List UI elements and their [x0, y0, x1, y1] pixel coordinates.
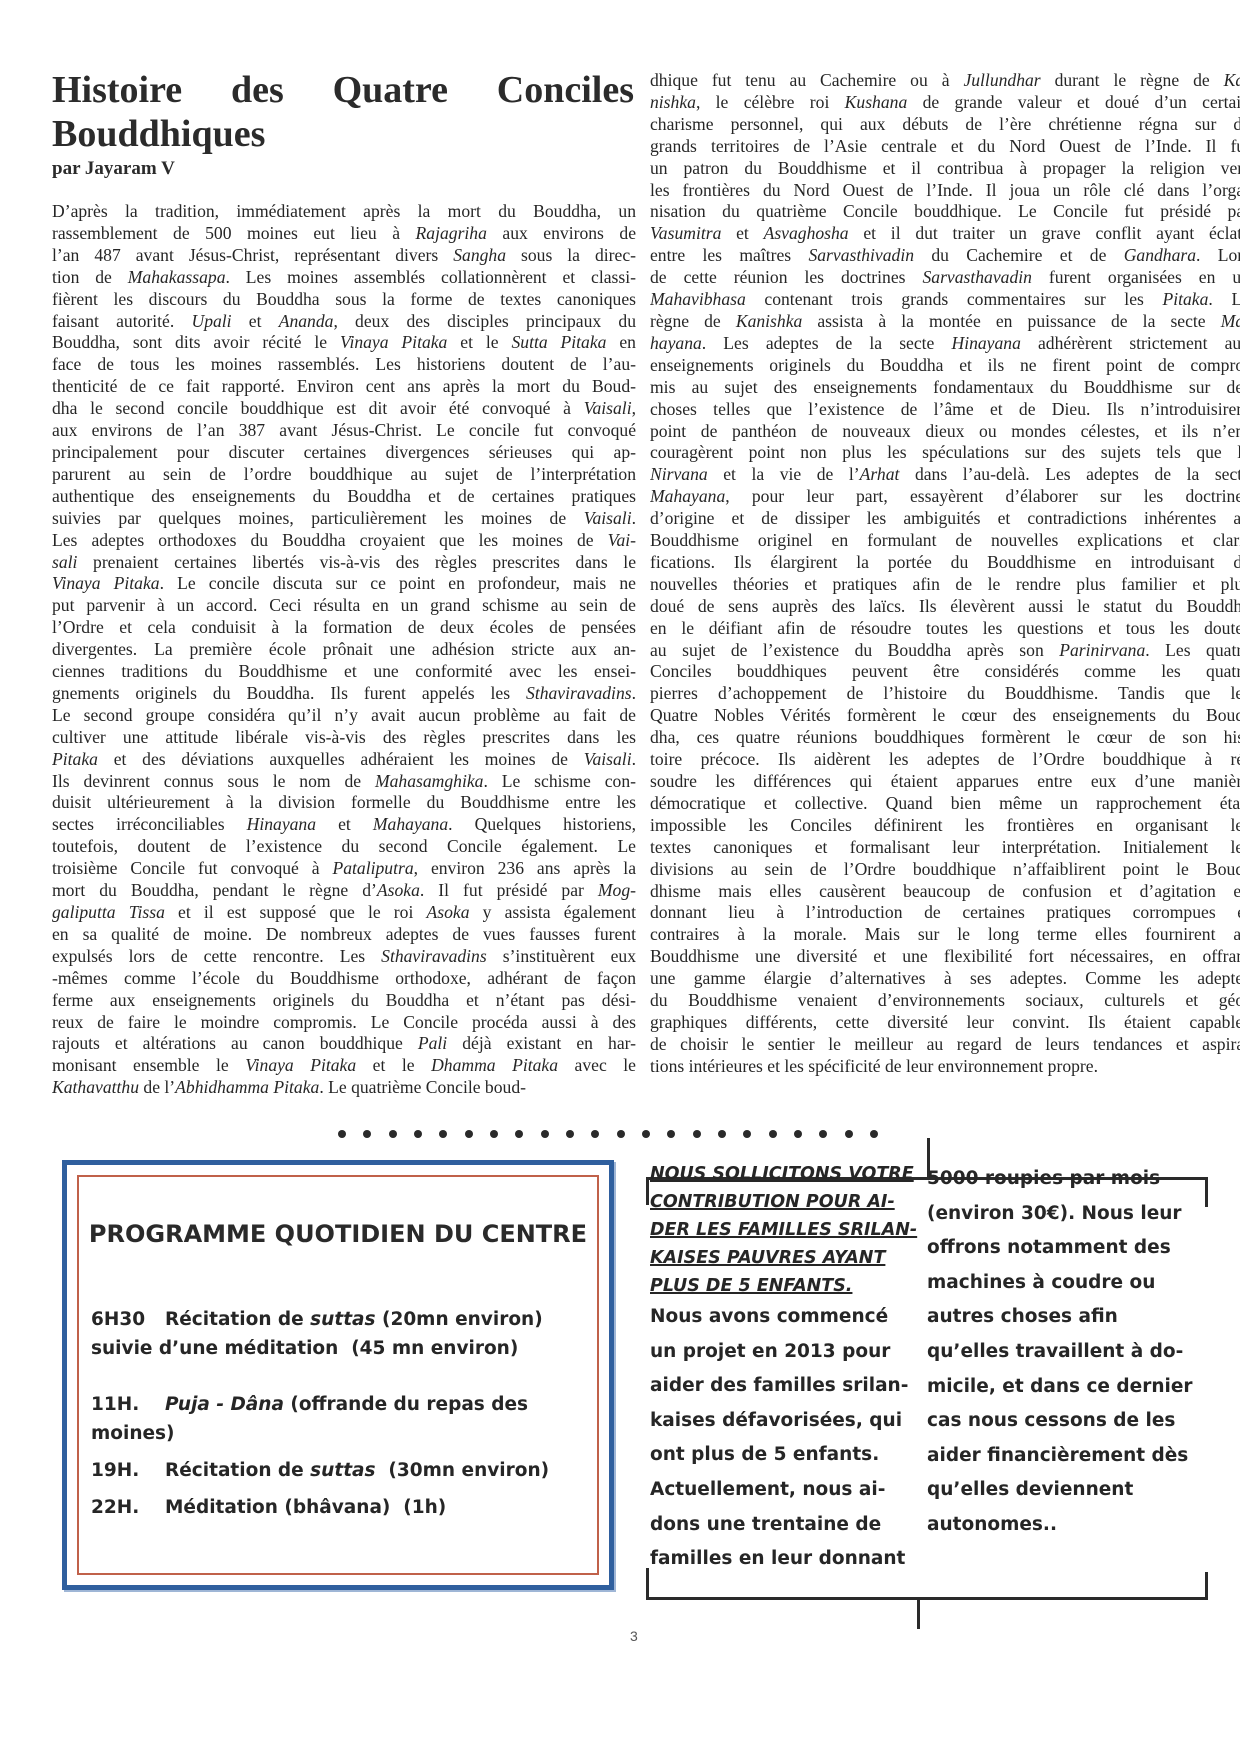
text-line: démocratique et collective. Quand bien m… — [650, 793, 1240, 815]
text-line: faisant autorité. Upali et Ananda, deux … — [52, 311, 636, 333]
text-line: une gamme élargie d’alternatives à ses a… — [650, 968, 1240, 990]
text-line: expulsés lors de cette rencontre. Les St… — [52, 946, 636, 968]
programme-item: 19H.Récitation de suttas (30mn environ) — [91, 1456, 589, 1485]
programme-time: 11H. — [91, 1390, 165, 1419]
appeal-line: autres choses afin — [927, 1300, 1227, 1335]
text-line: toutefois, doutent de l’existence du sec… — [52, 836, 636, 858]
appeal-line: autonomes.. — [927, 1508, 1227, 1543]
text-line: mis au sujet des enseignements fondament… — [650, 377, 1240, 399]
appeal-line: cas nous cessons de les — [927, 1404, 1227, 1439]
article-byline: par Jayaram V — [52, 158, 175, 180]
text-line: règne de Kanishka assista à la montée en… — [650, 311, 1240, 333]
text-line: enseignements originels du Bouddha et il… — [650, 355, 1240, 377]
text-line: rajouts et altérations au canon bouddhiq… — [52, 1033, 636, 1055]
bullet-dot-icon — [439, 1130, 447, 1138]
appeal-right-text: 5000 roupies par mois(environ 30€). Nous… — [927, 1162, 1227, 1543]
text-line: de choisir le sentier le meilleur au reg… — [650, 1034, 1240, 1056]
appeal-line: machines à coudre ou — [927, 1266, 1227, 1301]
text-line: en le déifiant afin de résoudre toutes l… — [650, 618, 1240, 640]
appeal-line: offrons notamment des — [927, 1231, 1227, 1266]
text-line: troisième Concile fut convoqué à Patalip… — [52, 858, 636, 880]
text-line: point de panthéon de nouveaux dieux ou m… — [650, 421, 1240, 443]
text-line: Les adeptes orthodoxes du Bouddha croyai… — [52, 530, 636, 552]
text-line: sectes irréconciliables Hinayana et Maha… — [52, 814, 636, 836]
bullet-dot-icon — [515, 1130, 523, 1138]
bracket-line — [646, 1568, 649, 1600]
text-line: nisation du quatrième Concile bouddhique… — [650, 201, 1240, 223]
bullet-dot-icon — [617, 1130, 625, 1138]
page-number: 3 — [630, 1628, 638, 1644]
text-line: ciennes traditions du Bouddhisme et une … — [52, 661, 636, 683]
bullet-dot-icon — [389, 1130, 397, 1138]
text-line: face de tous les moines rassemblés. Les … — [52, 354, 636, 376]
text-line: monisant ensemble le Vinaya Pitaka et le… — [52, 1055, 636, 1077]
text-line: contraires à la morale. Mais sur le long… — [650, 924, 1240, 946]
programme-time: 22H. — [91, 1493, 165, 1522]
text-line: nishka, le célèbre roi Kushana de grande… — [650, 92, 1240, 114]
text-line: l’Ordre et cela conduisit à la formation… — [52, 617, 636, 639]
text-line: impossible les Conciles définirent les f… — [650, 815, 1240, 837]
article-title: Histoire des Quatre Conciles Bouddhiques — [52, 68, 634, 156]
text-line: dha le second concile bouddhique est dit… — [52, 398, 636, 420]
text-line: entre les maîtres Sarvasthivadin du Cach… — [650, 245, 1240, 267]
text-line: de cette réunion les doctrines Sarvastha… — [650, 267, 1240, 289]
text-line: Mahayana, pour leur part, essayèrent d’é… — [650, 486, 1240, 508]
text-line: dhisme mais elles causèrent beaucoup de … — [650, 881, 1240, 903]
text-line: galiputta Tissa et il est supposé que le… — [52, 902, 636, 924]
text-line: hayana. Les adeptes de la secte Hinayana… — [650, 333, 1240, 355]
bullet-dot-icon — [769, 1130, 777, 1138]
appeal-line: ont plus de 5 enfants. — [650, 1438, 910, 1473]
text-line: toire précoce. Ils aidèrent les adeptes … — [650, 749, 1240, 771]
text-line: en sa qualité de moine. De nombreux adep… — [52, 924, 636, 946]
programme-title: PROGRAMME QUOTIDIEN DU CENTRE — [79, 1215, 597, 1253]
text-line: sali prenaient certaines libertés vis-à-… — [52, 552, 636, 574]
text-line: choses telles que l’existence de l’âme e… — [650, 399, 1240, 421]
appeal-line: qu’elles travaillent à do- — [927, 1335, 1227, 1370]
appeal-line: dons une trentaine de — [650, 1508, 910, 1543]
text-line: l’an 487 avant Jésus-Christ, représentan… — [52, 245, 636, 267]
programme-activity: Récitation de suttas (30mn environ) — [165, 1460, 549, 1481]
appeal-line: micile, et dans ce dernier — [927, 1370, 1227, 1405]
text-line: thenticité de ce fait rapporté. Environ … — [52, 376, 636, 398]
appeal-line: Nous avons commencé — [650, 1300, 910, 1335]
bullet-dot-icon — [667, 1130, 675, 1138]
bullet-dot-icon — [819, 1130, 827, 1138]
text-line: -mêmes comme l’école du Bouddhisme ortho… — [52, 968, 636, 990]
text-line: Ils devinrent connus sous le nom de Maha… — [52, 771, 636, 793]
programme-activity: Méditation (bhâvana) (1h) — [165, 1497, 446, 1518]
appeal-line: kaises défavorisées, qui — [650, 1404, 910, 1439]
bracket-line — [1205, 1572, 1208, 1600]
text-line: Bouddhisme originel en formulant de nouv… — [650, 530, 1240, 552]
text-line: Nirvana et la vie de l’Arhat dans l’au-d… — [650, 464, 1240, 486]
appeal-line: Actuellement, nous ai- — [650, 1473, 910, 1508]
text-line: les frontières du Nord Ouest de l’Inde. … — [650, 180, 1240, 202]
text-line: Kathavatthu de l’Abhidhamma Pitaka. Le q… — [52, 1077, 636, 1099]
appeal-line: familles en leur donnant — [650, 1542, 910, 1577]
text-line: tions intérieures et les spécificité de … — [650, 1056, 1240, 1078]
appeal-line: aider financièrement dès — [927, 1439, 1227, 1474]
bullet-dot-icon — [363, 1130, 371, 1138]
text-line: cultiver une attitude libérale vis-à-vis… — [52, 727, 636, 749]
programme-list: 6H30Récitation de suttas (20mn environ) … — [91, 1305, 589, 1530]
text-line: suivies par quelques moines, particulièr… — [52, 508, 636, 530]
article-title-line1: Histoire des Quatre Conciles — [52, 68, 634, 112]
appeal-line: 5000 roupies par mois — [927, 1162, 1227, 1197]
programme-item: 11H.Puja - Dâna (offrande du repas des m… — [91, 1390, 589, 1448]
text-line: charisme personnel, qui aux débuts de l’… — [650, 114, 1240, 136]
bullet-dot-icon — [693, 1130, 701, 1138]
text-line: Bouddha, sont dits avoir récité le Vinay… — [52, 332, 636, 354]
text-line: couragèrent point non plus les spéculati… — [650, 442, 1240, 464]
bullet-dot-icon — [794, 1130, 802, 1138]
appeal-line: aider des familles srilan- — [650, 1369, 910, 1404]
text-line: rassemblement de 500 moines eut lieu à R… — [52, 223, 636, 245]
text-line: Le second groupe considéra qu’il n’y ava… — [52, 705, 636, 727]
text-line: soudre les différences qui étaient appar… — [650, 771, 1240, 793]
text-line: fications. Ils élargirent la portée du B… — [650, 552, 1240, 574]
text-line: aux environs de l’an 387 avant Jésus-Chr… — [52, 420, 636, 442]
text-line: Pitaka et des déviations auxquelles adhé… — [52, 749, 636, 771]
text-line: ferme aux enseignements originels du Bou… — [52, 990, 636, 1012]
text-line: authentique des enseignements du Bouddha… — [52, 486, 636, 508]
appeal-heading-line: NOUS SOLLICITONS VOTRE — [650, 1160, 910, 1188]
programme-inner-frame: PROGRAMME QUOTIDIEN DU CENTRE 6H30Récita… — [77, 1175, 599, 1575]
bracket-line — [917, 1597, 920, 1629]
bracket-line — [646, 1597, 1208, 1600]
article-left-column: D’après la tradition, immédiatement aprè… — [52, 201, 636, 1099]
text-line: dha, ces quatre réunions bouddhiques for… — [650, 727, 1240, 749]
text-line: parurent au sein de l’ordre bouddhique a… — [52, 464, 636, 486]
text-line: du Bouddhisme venaient d’environnements … — [650, 990, 1240, 1012]
bullet-dot-icon — [338, 1130, 346, 1138]
text-line: put parvenir à un accord. Ceci résulta e… — [52, 595, 636, 617]
article-right-column: dhique fut tenu au Cachemire ou à Jullun… — [650, 70, 1240, 1078]
programme-box: PROGRAMME QUOTIDIEN DU CENTRE 6H30Récita… — [62, 1160, 614, 1590]
text-line: fièrent les discours du Bouddha sous la … — [52, 289, 636, 311]
appeal-left-text: Nous avons commencéun projet en 2013 pou… — [650, 1300, 910, 1577]
document-page: Histoire des Quatre Conciles Bouddhiques… — [0, 0, 1240, 1752]
text-line: au sujet de l’existence du Bouddha après… — [650, 640, 1240, 662]
appeal-line: un projet en 2013 pour — [650, 1335, 910, 1370]
bullet-dot-icon — [845, 1130, 853, 1138]
programme-time: 6H30 — [91, 1305, 165, 1334]
article-title-line2: Bouddhiques — [52, 112, 634, 156]
bullet-dot-icon — [591, 1130, 599, 1138]
text-line: textes canoniques et formalisant leur in… — [650, 837, 1240, 859]
text-line: D’après la tradition, immédiatement aprè… — [52, 201, 636, 223]
text-line: Mahavibhasa contenant trois grands comme… — [650, 289, 1240, 311]
dotted-separator — [338, 1127, 878, 1141]
text-line: doué de sens auprès des laïcs. Ils élevè… — [650, 596, 1240, 618]
bullet-dot-icon — [465, 1130, 473, 1138]
bullet-dot-icon — [541, 1130, 549, 1138]
text-line: grands territoires de l’Asie centrale et… — [650, 136, 1240, 158]
text-line: mort du Bouddha, pendant le règne d’Asok… — [52, 880, 636, 902]
appeal-heading-line: KAISES PAUVRES AYANT — [650, 1244, 910, 1272]
text-line: donnant lieu à l’introduction de certain… — [650, 902, 1240, 924]
text-line: d’origine et de dissiper les ambiguités … — [650, 508, 1240, 530]
text-line: dhique fut tenu au Cachemire ou à Jullun… — [650, 70, 1240, 92]
text-line: divergentes. La première école prônait u… — [52, 639, 636, 661]
programme-time: 19H. — [91, 1456, 165, 1485]
bullet-dot-icon — [414, 1130, 422, 1138]
appeal-heading-line: DER LES FAMILLES SRILAN- — [650, 1216, 910, 1244]
bullet-dot-icon — [490, 1130, 498, 1138]
text-line: reux de faire le moindre compromis. Le C… — [52, 1012, 636, 1034]
bullet-dot-icon — [642, 1130, 650, 1138]
appeal-heading-line: PLUS DE 5 ENFANTS. — [650, 1272, 910, 1300]
text-line: Bouddhisme une diversité et une flexibil… — [650, 946, 1240, 968]
programme-item: 6H30Récitation de suttas (20mn environ) … — [91, 1305, 589, 1363]
bullet-dot-icon — [718, 1130, 726, 1138]
text-line: nouvelles théories et pratiques afin de … — [650, 574, 1240, 596]
text-line: tion de Mahakassapa. Les moines assemblé… — [52, 267, 636, 289]
text-line: pierres d’achoppement de l’histoire du B… — [650, 683, 1240, 705]
appeal-heading-line: CONTRIBUTION POUR AI- — [650, 1188, 910, 1216]
text-line: un patron du Bouddhisme et il contribua … — [650, 158, 1240, 180]
text-line: Vinaya Pitaka. Le concile discuta sur ce… — [52, 573, 636, 595]
bullet-dot-icon — [566, 1130, 574, 1138]
text-line: gnements originels du Bouddha. Ils furen… — [52, 683, 636, 705]
text-line: duisit ultérieurement à la division form… — [52, 792, 636, 814]
appeal-heading: NOUS SOLLICITONS VOTRECONTRIBUTION POUR … — [650, 1160, 910, 1300]
text-line: divisions au sein de l’Ordre bouddhique … — [650, 859, 1240, 881]
text-line: graphiques différents, cette diversité l… — [650, 1012, 1240, 1034]
text-line: Conciles bouddhiques peuvent être consid… — [650, 661, 1240, 683]
appeal-line: (environ 30€). Nous leur — [927, 1197, 1227, 1232]
programme-item: 22H.Méditation (bhâvana) (1h) — [91, 1493, 589, 1522]
bracket-line — [646, 1177, 649, 1205]
bullet-dot-icon — [743, 1130, 751, 1138]
text-line: Vasumitra et Asvaghosha et il dut traite… — [650, 223, 1240, 245]
bullet-dot-icon — [870, 1130, 878, 1138]
text-line: principalement pour discuter certaines d… — [52, 442, 636, 464]
appeal-line: qu’elles deviennent — [927, 1473, 1227, 1508]
text-line: Quatre Nobles Vérités formèrent le cœur … — [650, 705, 1240, 727]
